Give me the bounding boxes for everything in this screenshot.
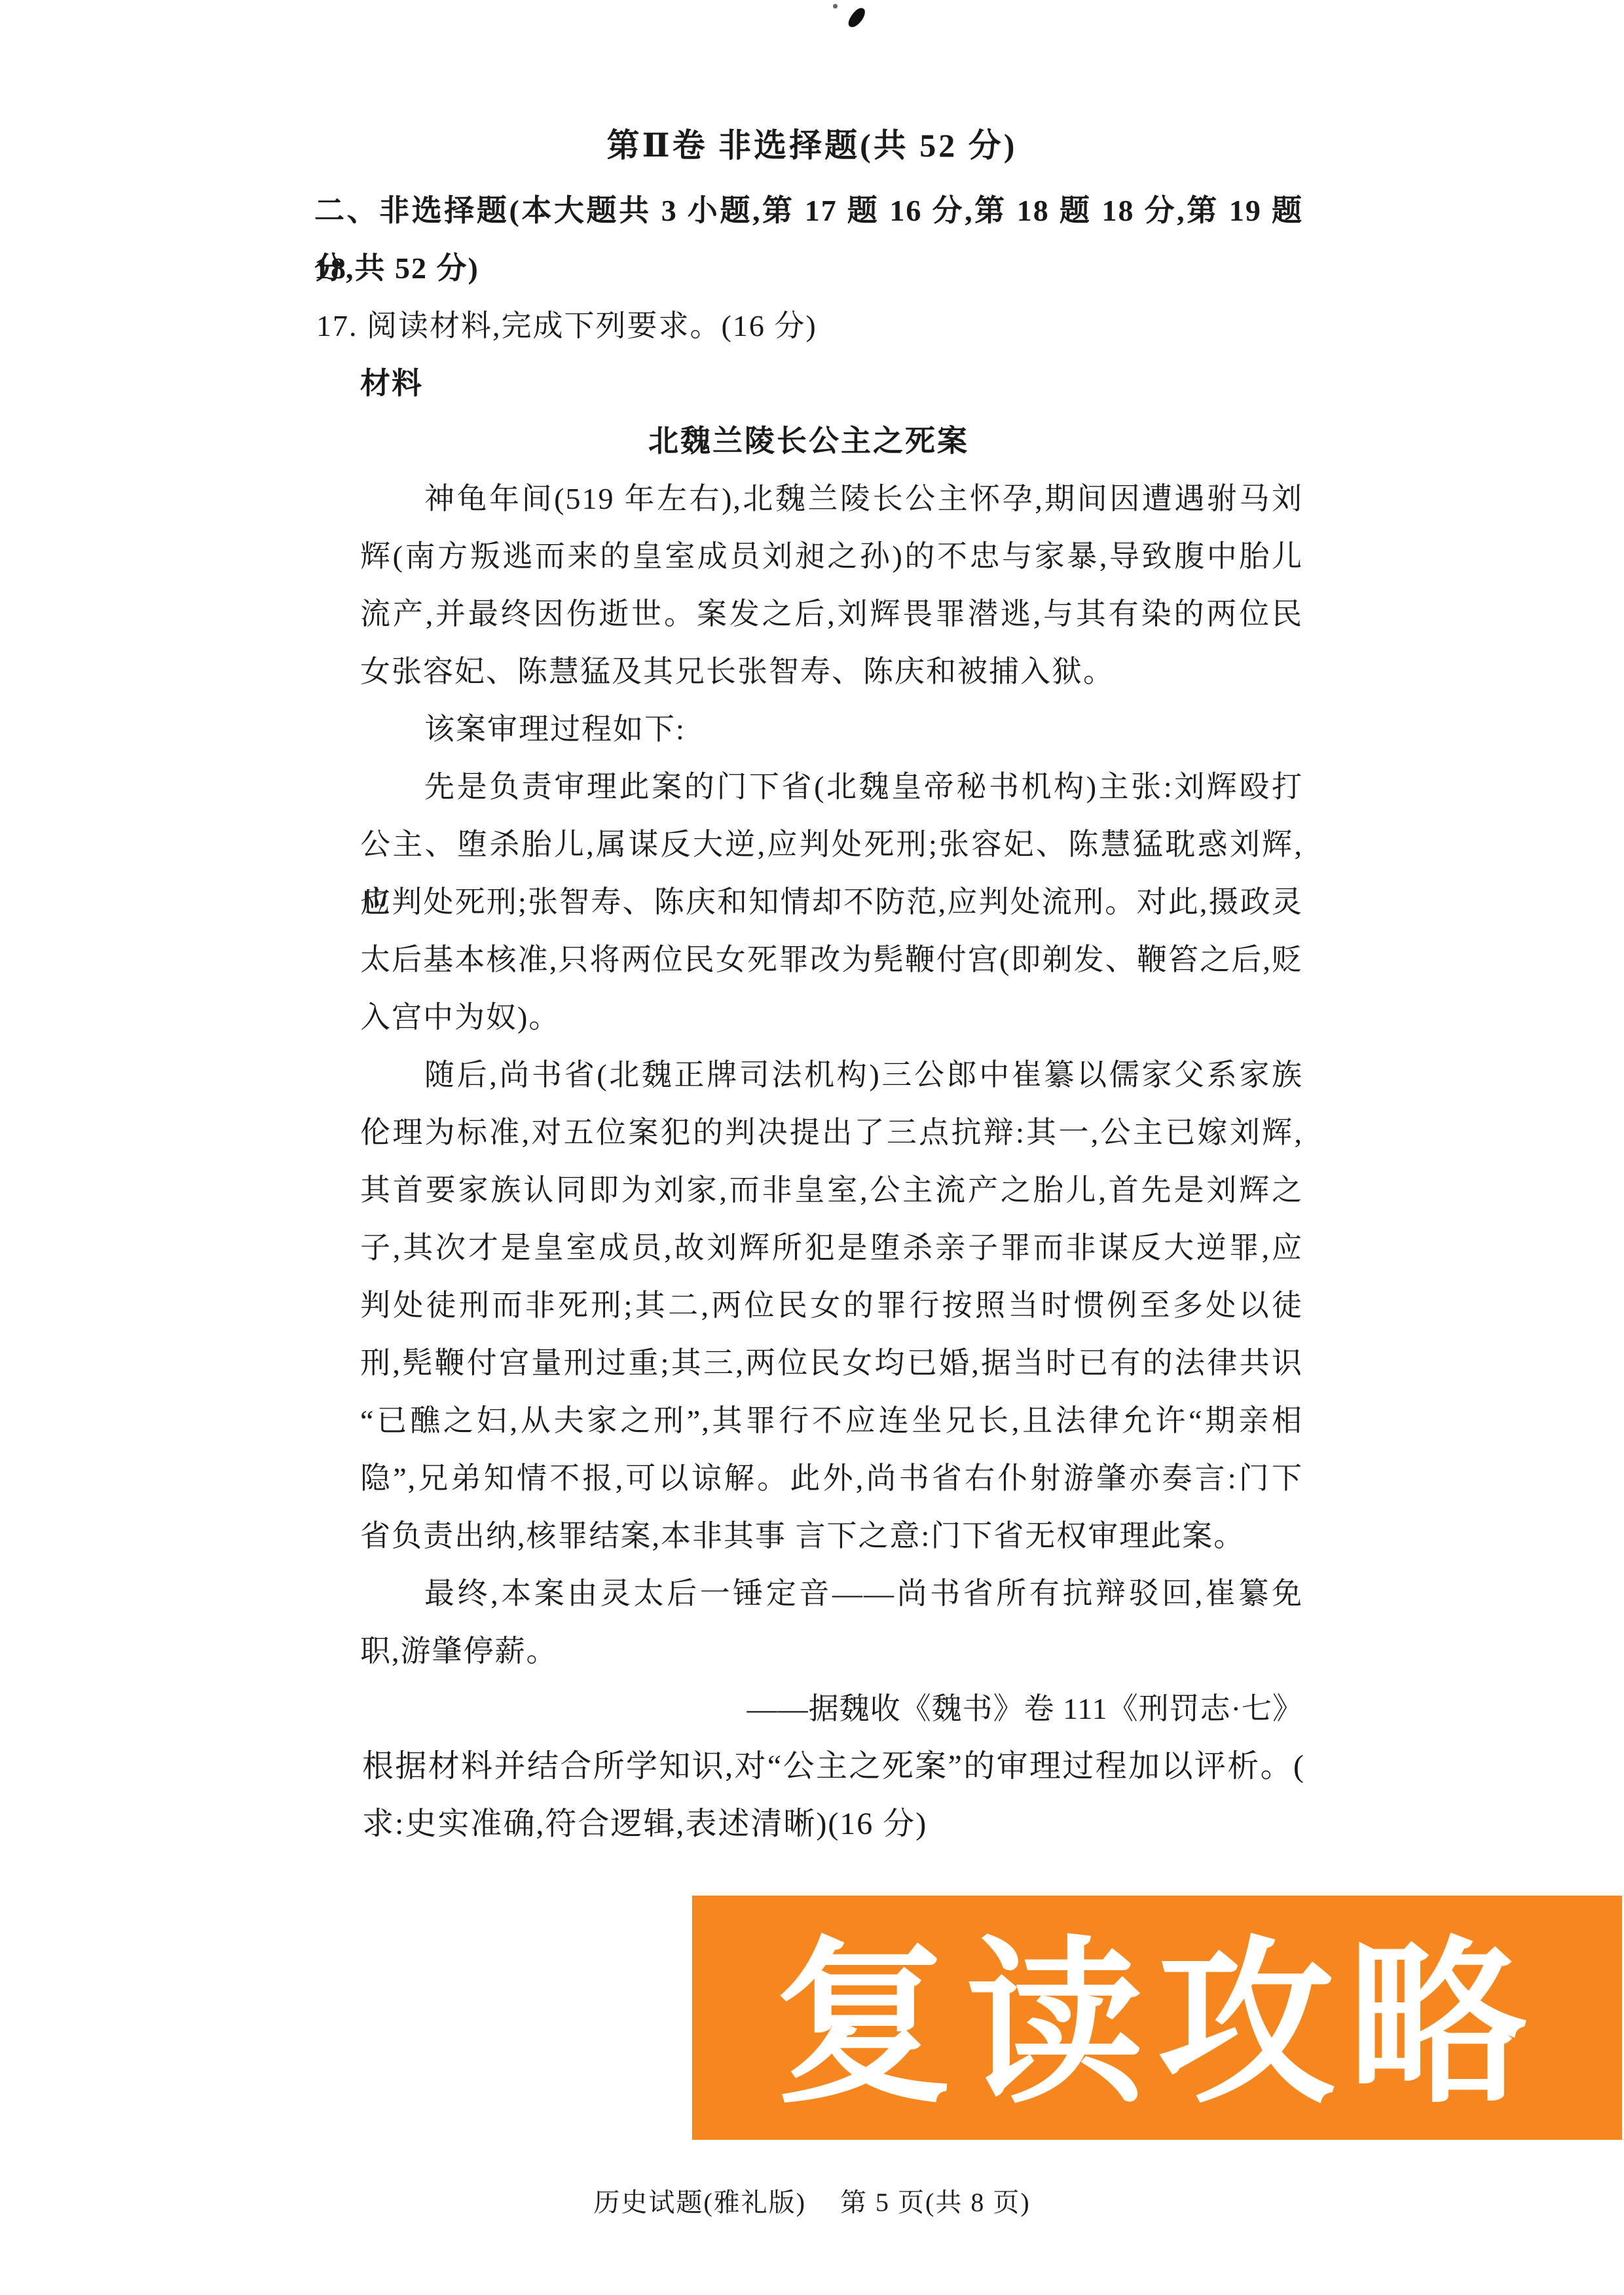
- question-17-lead: 17. 阅读材料,完成下列要求。(16 分): [316, 297, 1624, 355]
- case-title: 北魏兰陵长公主之死案: [314, 413, 1303, 470]
- material-line: 其首要家族认同即为刘家,而非皇室,公主流产之胎儿,首先是刘辉之: [360, 1162, 1303, 1219]
- material-line: 最终,本案由灵太后一锤定音——尚书省所有抗辩驳回,崔纂免: [360, 1565, 1303, 1623]
- material-line: 隐”,兄弟知情不报,可以谅解。此外,尚书省右仆射游肇亦奏言:门下: [360, 1450, 1303, 1507]
- source-attribution: ——据魏收《魏书》卷 111《刑罚志·七》: [360, 1680, 1303, 1738]
- material-line: 职,游肇停薪。: [360, 1623, 1303, 1680]
- material-line: 神龟年间(519 年左右),北魏兰陵长公主怀孕,期间因遭遇驸马刘: [360, 470, 1303, 528]
- material-line: 女张容妃、陈慧猛及其兄长张智寿、陈庆和被捕入狱。: [360, 643, 1303, 701]
- promo-banner: 复读攻略: [692, 1896, 1622, 2140]
- section-heading-line2: 分,共 52 分): [314, 240, 1303, 297]
- text-column: 二、非选择题(本大题共 3 小题,第 17 题 16 分,第 18 题 18 分…: [0, 182, 1624, 1853]
- material-line: 随后,尚书省(北魏正牌司法机构)三公郎中崔纂以儒家父系家族: [360, 1046, 1303, 1104]
- page-footer: 历史试题(雅礼版)第 5 页(共 8 页): [0, 2182, 1624, 2219]
- material-label: 材料: [360, 355, 1624, 413]
- promo-banner-text: 复读攻略: [775, 1923, 1540, 2113]
- material-line: 太后基本核准,只将两位民女死罪改为髡鞭付宫(即剃发、鞭笞之后,贬: [360, 931, 1303, 989]
- material-line: 流产,并最终因伤逝世。案发之后,刘辉畏罪潜逃,与其有染的两位民: [360, 585, 1303, 643]
- footer-page-number: 第 5 页(共 8 页): [840, 2188, 1031, 2217]
- exam-page: 第Ⅱ卷 非选择题(共 52 分) 二、非选择题(本大题共 3 小题,第 17 题…: [0, 0, 1624, 2295]
- footer-paper-title: 历史试题(雅礼版): [593, 2188, 806, 2217]
- material-line: “已醮之妇,从夫家之刑”,其罪行不应连坐兄长,且法律允许“期亲相: [360, 1392, 1303, 1450]
- material-line: 省负责出纳,核罪结案,本非其事 言下之意:门下省无权审理此案。: [360, 1507, 1303, 1565]
- material-line: 判处徒刑而非死刑;其二,两位民女的罪行按照当时惯例至多处以徒: [360, 1277, 1303, 1334]
- material-line: 子,其次才是皇室成员,故刘辉所犯是堕杀亲子罪而非谋反大逆罪,应: [360, 1219, 1303, 1277]
- material-line: 应判处死刑;张智寿、陈庆和知情却不防范,应判处流刑。对此,摄政灵: [360, 873, 1303, 931]
- scan-ink-blob: [846, 5, 868, 30]
- task-line1: 根据材料并结合所学知识,对“公主之死案”的审理过程加以评析。(: [362, 1738, 1305, 1795]
- material-line: 先是负责审理此案的门下省(北魏皇帝秘书机构)主张:刘辉殴打: [360, 758, 1303, 816]
- material-line: 该案审理过程如下:: [360, 701, 1303, 758]
- material-line: 辉(南方叛逃而来的皇室成员刘昶之孙)的不忠与家暴,导致腹中胎儿: [360, 528, 1303, 585]
- material-line: 入宫中为奴)。: [360, 989, 1303, 1046]
- scan-ink-dot: [833, 4, 838, 9]
- page-header-title: 第Ⅱ卷 非选择题(共 52 分): [0, 119, 1624, 166]
- material-line: 公主、堕杀胎儿,属谋反大逆,应判处死刑;张容妃、陈慧猛耽惑刘辉,也: [360, 816, 1303, 873]
- material-line: 伦理为标准,对五位案犯的判决提出了三点抗辩:其一,公主已嫁刘辉,: [360, 1104, 1303, 1162]
- task-line2: 求:史实准确,符合逻辑,表述清晰)(16 分): [362, 1795, 1305, 1853]
- section-heading-line1: 二、非选择题(本大题共 3 小题,第 17 题 16 分,第 18 题 18 分…: [314, 182, 1303, 240]
- material-line: 刑,髡鞭付宫量刑过重;其三,两位民女均已婚,据当时已有的法律共识: [360, 1334, 1303, 1392]
